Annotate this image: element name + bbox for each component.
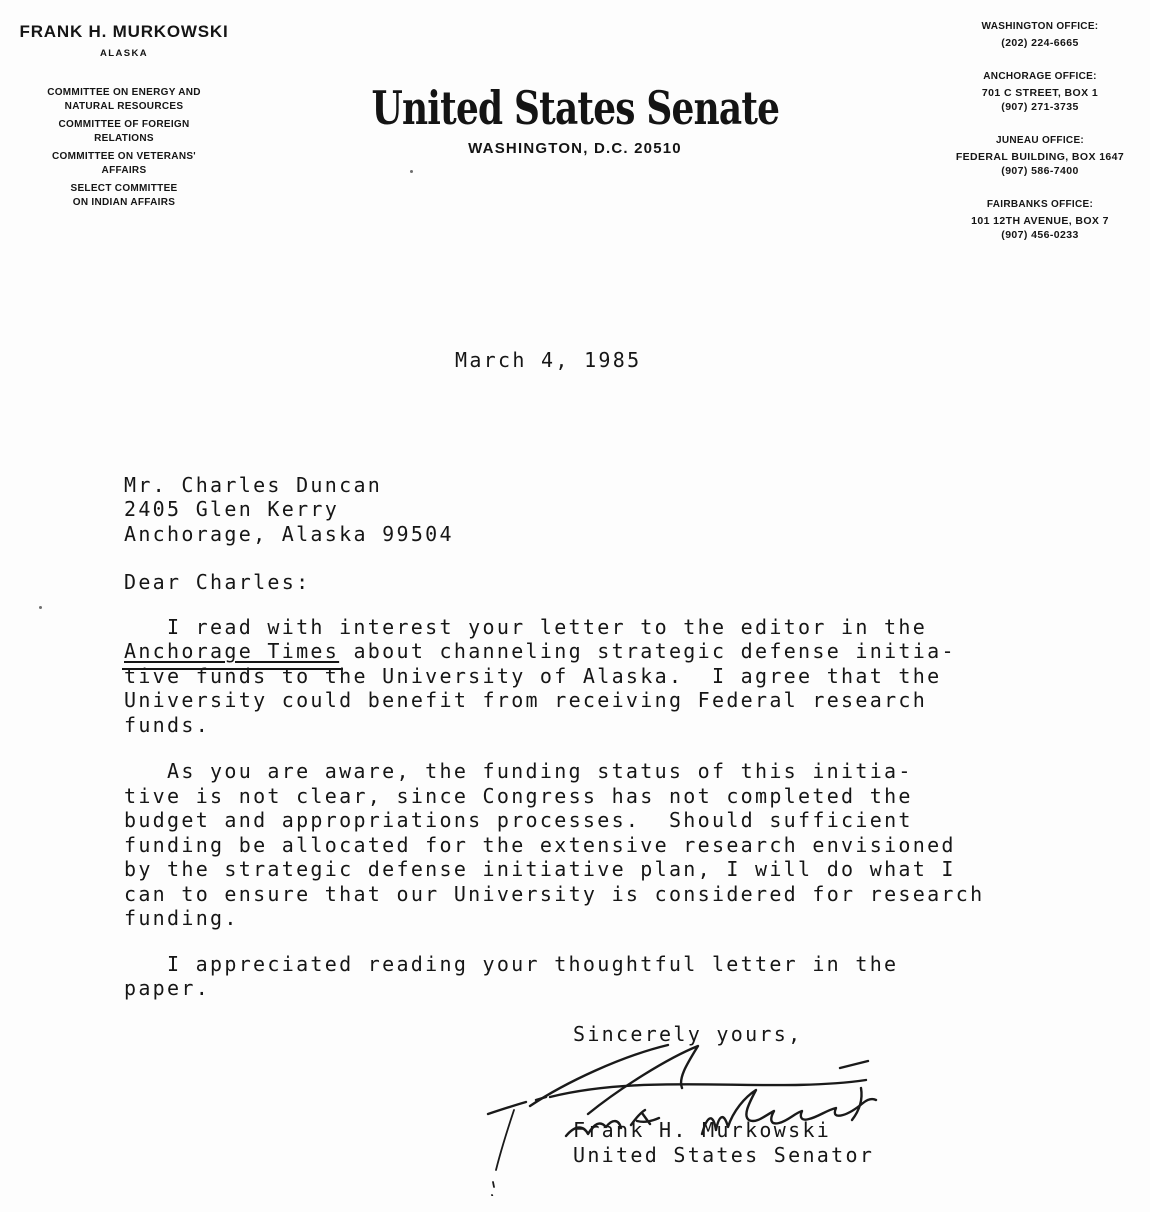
sender-name: FRANK H. MURKOWSKI	[8, 22, 240, 42]
body-line: tive is not clear, since Congress has no…	[124, 784, 1004, 809]
scanned-letter-page: FRANK H. MURKOWSKI ALASKA COMMITTEE ON E…	[0, 0, 1150, 1212]
recipient-line: Mr. Charles Duncan	[124, 473, 1004, 498]
body-line: funds.	[124, 713, 1004, 738]
signer-title: United States Senator	[124, 1143, 1004, 1168]
body-line: can to ensure that our University is con…	[124, 882, 1004, 907]
letter-body: March 4, 1985 Mr. Charles Duncan 2405 Gl…	[124, 348, 1004, 1167]
body-line: Anchorage Times about channeling strateg…	[124, 639, 1004, 664]
office-line: (202) 224-6665	[942, 36, 1138, 50]
senate-title-text: United States Senate	[371, 84, 779, 132]
committee-line: ON INDIAN AFFAIRS	[8, 196, 240, 210]
committee-line: SELECT COMMITTEE	[8, 182, 240, 196]
recipient-line: Anchorage, Alaska 99504	[124, 522, 1004, 547]
office-line: FEDERAL BUILDING, BOX 1647	[942, 150, 1138, 164]
underlined-publication: Anchorage Times	[124, 639, 339, 663]
office-label: JUNEAU OFFICE:	[942, 134, 1138, 147]
body-line-rest: about channeling strategic defense initi…	[339, 639, 956, 663]
offices-block: WASHINGTON OFFICE: (202) 224-6665 ANCHOR…	[942, 20, 1138, 262]
office-label: FAIRBANKS OFFICE:	[942, 198, 1138, 211]
letter-date: March 4, 1985	[124, 348, 1004, 373]
scan-speck	[39, 606, 42, 609]
salutation: Dear Charles:	[124, 570, 1004, 595]
office-label: WASHINGTON OFFICE:	[942, 20, 1138, 33]
paragraph: I read with interest your letter to the …	[124, 615, 1004, 738]
sender-state: ALASKA	[8, 48, 240, 60]
office-item: ANCHORAGE OFFICE: 701 C STREET, BOX 1 (9…	[942, 70, 1138, 114]
body-line: University could benefit from receiving …	[124, 688, 1004, 713]
body-line: funding.	[124, 906, 1004, 931]
office-line: (907) 586-7400	[942, 164, 1138, 178]
office-item: FAIRBANKS OFFICE: 101 12TH AVENUE, BOX 7…	[942, 198, 1138, 242]
office-line: 101 12TH AVENUE, BOX 7	[942, 214, 1138, 228]
office-label: ANCHORAGE OFFICE:	[942, 70, 1138, 83]
signer-name: Frank H. Murkowski	[124, 1118, 1004, 1143]
recipient-line: 2405 Glen Kerry	[124, 497, 1004, 522]
office-line: (907) 456-0233	[942, 228, 1138, 242]
recipient-address: Mr. Charles Duncan 2405 Glen Kerry Ancho…	[124, 473, 1004, 547]
body-line: I appreciated reading your thoughtful le…	[124, 952, 1004, 977]
committee-line: AFFAIRS	[8, 164, 240, 178]
office-item: JUNEAU OFFICE: FEDERAL BUILDING, BOX 164…	[942, 134, 1138, 178]
closing: Sincerely yours,	[124, 1022, 1004, 1047]
body-line: funding be allocated for the extensive r…	[124, 833, 1004, 858]
body-line: by the strategic defense initiative plan…	[124, 857, 1004, 882]
committee-item: SELECT COMMITTEE ON INDIAN AFFAIRS	[8, 182, 240, 209]
body-line: budget and appropriations processes. Sho…	[124, 808, 1004, 833]
office-line: (907) 271-3735	[942, 100, 1138, 114]
office-item: WASHINGTON OFFICE: (202) 224-6665	[942, 20, 1138, 50]
scan-speck	[410, 170, 413, 173]
office-line: 701 C STREET, BOX 1	[942, 86, 1138, 100]
paragraph: As you are aware, the funding status of …	[124, 759, 1004, 931]
body-line: As you are aware, the funding status of …	[124, 759, 1004, 784]
paragraph: I appreciated reading your thoughtful le…	[124, 952, 1004, 1001]
body-line: I read with interest your letter to the …	[124, 615, 1004, 640]
body-line: paper.	[124, 976, 1004, 1001]
